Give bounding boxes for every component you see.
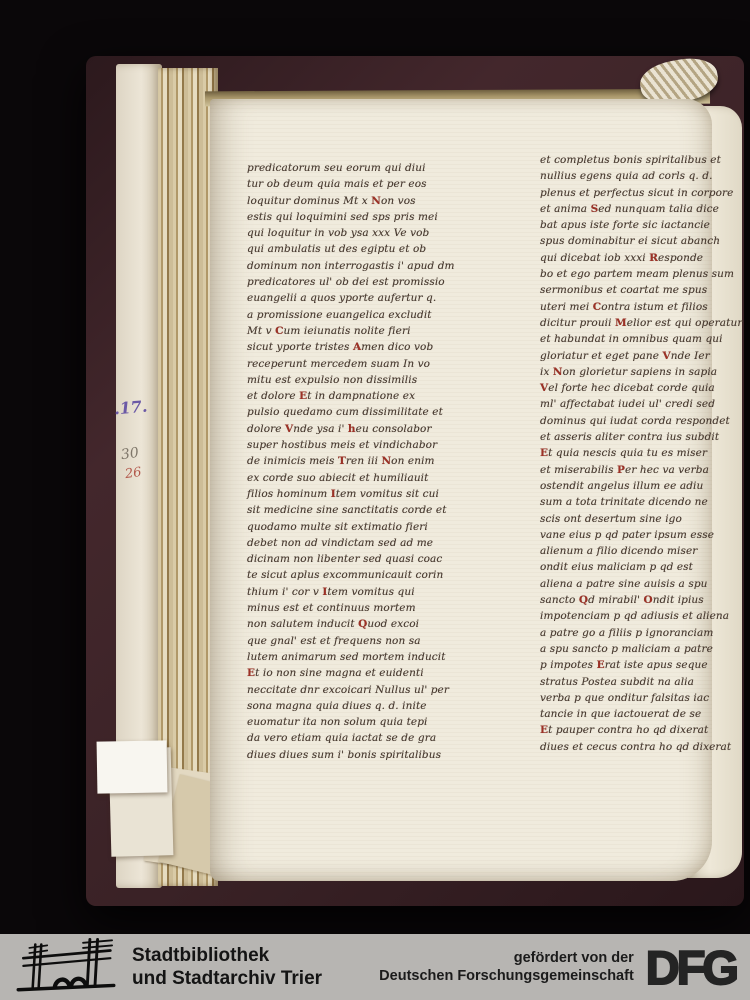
manuscript-line: et completus bonis spiritalibus et <box>540 152 742 168</box>
rubric-initial: E <box>540 724 548 736</box>
manuscript-line: tancie in que iactouerat de se <box>540 706 742 722</box>
manuscript-line: pulsio quedamo cum dissimilitate et <box>247 404 455 420</box>
manuscript-line: de inimicis meis Tren iii Non enim <box>247 453 455 469</box>
manuscript-line: impotenciam p qd adiusis et aliena <box>540 608 742 624</box>
manuscript-line: sicut yporte tristes Amen dico vob <box>247 339 455 355</box>
manuscript-line: debet non ad vindictam sed ad me <box>247 535 455 551</box>
manuscript-line: ix Non glorietur sapiens in sapia <box>540 364 742 380</box>
manuscript-line: sancto Qd mirabil' Ondit ipius <box>540 592 742 608</box>
manuscript-line: receperunt mercedem suam In vo <box>247 356 455 372</box>
manuscript-line: te sicut aplus excommunicauit corin <box>247 567 455 583</box>
rubric-initial: P <box>617 464 625 476</box>
manuscript-line: super hostibus meis et vindichabor <box>247 437 455 453</box>
manuscript-line: et habundat in omnibus quam qui <box>540 331 742 347</box>
manuscript-line: loquitur dominus Mt x Non vos <box>247 193 455 209</box>
rubric-initial: N <box>553 366 563 378</box>
library-name-line1: Stadtbibliothek <box>132 944 322 967</box>
manuscript-line: mitu est expulsio non dissimilis <box>247 372 455 388</box>
manuscript-line: spus dominabitur ei sicut abanch <box>540 233 742 249</box>
manuscript-line: Et quia nescis quia tu es miser <box>540 445 742 461</box>
rubric-initial: Q <box>579 594 588 606</box>
manuscript-line: nullius egens quia ad corls q. d. <box>540 168 742 184</box>
manuscript-line: thium i' cor v Item vomitus qui <box>247 584 455 600</box>
manuscript-line: predicatores ul' ob dei est promissio <box>247 274 455 290</box>
funding-credit: gefördert von der Deutschen Forschungsge… <box>379 949 634 985</box>
manuscript-line: tur ob deum quia mais et per eos <box>247 176 455 192</box>
manuscript-line: et dolore Et in dampnatione ex <box>247 388 455 404</box>
manuscript-line: dominus qui iudat corda respondet <box>540 413 742 429</box>
rubric-initial: O <box>644 594 653 606</box>
manuscript-line: Mt v Cum ieiunatis nolite fieri <box>247 323 455 339</box>
rubric-initial: E <box>540 447 548 459</box>
manuscript-line: vane eius p qd pater ipsum esse <box>540 527 742 543</box>
rubric-initial: V <box>540 382 548 394</box>
manuscript-line: ondit eius maliciam p qd est <box>540 559 742 575</box>
margin-note-red: 26 <box>124 465 142 482</box>
digitized-manuscript-photo: .17. 30 26 predicatorum seu eorum qui di… <box>0 0 750 1000</box>
rubric-initial: N <box>381 455 391 467</box>
manuscript-line: quodamo multe sit extimatio fieri <box>247 519 455 535</box>
manuscript-line: lutem animarum sed mortem inducit <box>247 649 455 665</box>
manuscript-line: gloriatur et eget pane Vnde Ier <box>540 348 742 364</box>
manuscript-column-b: et completus bonis spiritalibus etnulliu… <box>540 152 742 755</box>
stadtbibliothek-trier-logo-icon <box>14 936 118 999</box>
manuscript-line: predicatorum seu eorum qui diui <box>247 160 455 176</box>
rubric-initial: V <box>285 423 293 435</box>
paper-slip <box>97 740 168 793</box>
manuscript-line: ex corde suo abiecit et humiliauit <box>247 470 455 486</box>
footer-banner: Stadtbibliothek und Stadtarchiv Trier ge… <box>0 934 750 1000</box>
rubric-initial: C <box>275 325 283 337</box>
manuscript-column-a: predicatorum seu eorum qui diuitur ob de… <box>247 160 455 763</box>
manuscript-line: dominum non interrogastis i' apud dm <box>247 258 455 274</box>
manuscript-line: Vel forte hec dicebat corde quia <box>540 380 742 396</box>
rubric-initial: E <box>299 390 307 402</box>
manuscript-line: qui dicebat iob xxxi Responde <box>540 250 742 266</box>
manuscript-line: scis ont desertum sine igo <box>540 511 742 527</box>
manuscript-line: euomatur ita non solum quia tepi <box>247 714 455 730</box>
rubric-initial: V <box>662 350 670 362</box>
manuscript-line: sit medicine sine sanctitatis corde et <box>247 502 455 518</box>
manuscript-line: a spu sancto p maliciam a patre <box>540 641 742 657</box>
manuscript-line: que gnal' est et frequens non sa <box>247 633 455 649</box>
folio-number-note-blue: .17. <box>113 397 148 419</box>
manuscript-line: sum a tota trinitate dicendo ne <box>540 494 742 510</box>
manuscript-line: ostendit angelus illum ee adiu <box>540 478 742 494</box>
manuscript-line: stratus Postea subdit na alia <box>540 674 742 690</box>
rubric-initial: E <box>247 667 255 679</box>
rubric-initial: h <box>348 423 356 435</box>
manuscript-line: dolore Vnde ysa i' heu consolabor <box>247 421 455 437</box>
manuscript-line: neccitate dnr excoicari Nullus ul' per <box>247 682 455 698</box>
manuscript-line: plenus et perfectus sicut in corpore <box>540 185 742 201</box>
library-name-line2: und Stadtarchiv Trier <box>132 967 322 990</box>
manuscript-line: diues et cecus contra ho qd dixerat <box>540 739 742 755</box>
manuscript-line: bat apus iste forte sic iactancie <box>540 217 742 233</box>
manuscript-line: non salutem inducit Quod excoi <box>247 616 455 632</box>
manuscript-line: qui loquitur in vob ysa xxx Ve vob <box>247 225 455 241</box>
rubric-initial: M <box>615 317 627 329</box>
manuscript-line: verba p que onditur falsitas iac <box>540 690 742 706</box>
funding-line1: gefördert von der <box>379 949 634 967</box>
manuscript-line: estis qui loquimini sed sps pris mei <box>247 209 455 225</box>
manuscript-line: a patre go a filiis p ignoranciam <box>540 625 742 641</box>
manuscript-line: sona magna quia diues q. d. inite <box>247 698 455 714</box>
manuscript-line: ml' affectabat iudei ul' credi sed <box>540 396 742 412</box>
manuscript-line: a promissione euangelica excludit <box>247 307 455 323</box>
manuscript-line: uteri mei Contra istum et filios <box>540 299 742 315</box>
library-name: Stadtbibliothek und Stadtarchiv Trier <box>132 944 322 990</box>
rubric-initial: C <box>593 301 601 313</box>
manuscript-line: euangelii a quos yporte aufertur q. <box>247 290 455 306</box>
manuscript-line: et miserabilis Per hec va verba <box>540 462 742 478</box>
margin-note-pencil: 30 <box>120 445 140 463</box>
manuscript-line: bo et ego partem meam plenus sum <box>540 266 742 282</box>
manuscript-line: dicitur prouii Melior est qui operatur <box>540 315 742 331</box>
rubric-initial: Q <box>358 618 367 630</box>
manuscript-line: Et io non sine magna et euidenti <box>247 665 455 681</box>
manuscript-line: qui ambulatis ut des egiptu et ob <box>247 241 455 257</box>
manuscript-line: filios hominum Item vomitus sit cui <box>247 486 455 502</box>
manuscript-line: minus est et continuus mortem <box>247 600 455 616</box>
manuscript-line: dicinam non libenter sed quasi coac <box>247 551 455 567</box>
manuscript-line: sermonibus et coartat me spus <box>540 282 742 298</box>
funding-line2: Deutschen Forschungsgemeinschaft <box>379 967 634 985</box>
manuscript-line: da vero etiam quia iactat se de gra <box>247 730 455 746</box>
manuscript-line: et asseris aliter contra ius subdit <box>540 429 742 445</box>
rubric-initial: T <box>338 455 346 467</box>
manuscript-line: p impotes Erat iste apus seque <box>540 657 742 673</box>
rubric-initial: R <box>649 252 658 264</box>
manuscript-line: aliena a patre sine auisis a spu <box>540 576 742 592</box>
rubric-initial: A <box>353 341 361 353</box>
manuscript-line: diues diues sum i' bonis spiritalibus <box>247 747 455 763</box>
manuscript-line: alienum a filio dicendo miser <box>540 543 742 559</box>
rubric-initial: E <box>597 659 605 671</box>
manuscript-line: Et pauper contra ho qd dixerat <box>540 722 742 738</box>
rubric-initial: N <box>371 195 381 207</box>
dfg-logo: DFG <box>646 944 736 991</box>
manuscript-line: et anima Sed nunquam talia dice <box>540 201 742 217</box>
